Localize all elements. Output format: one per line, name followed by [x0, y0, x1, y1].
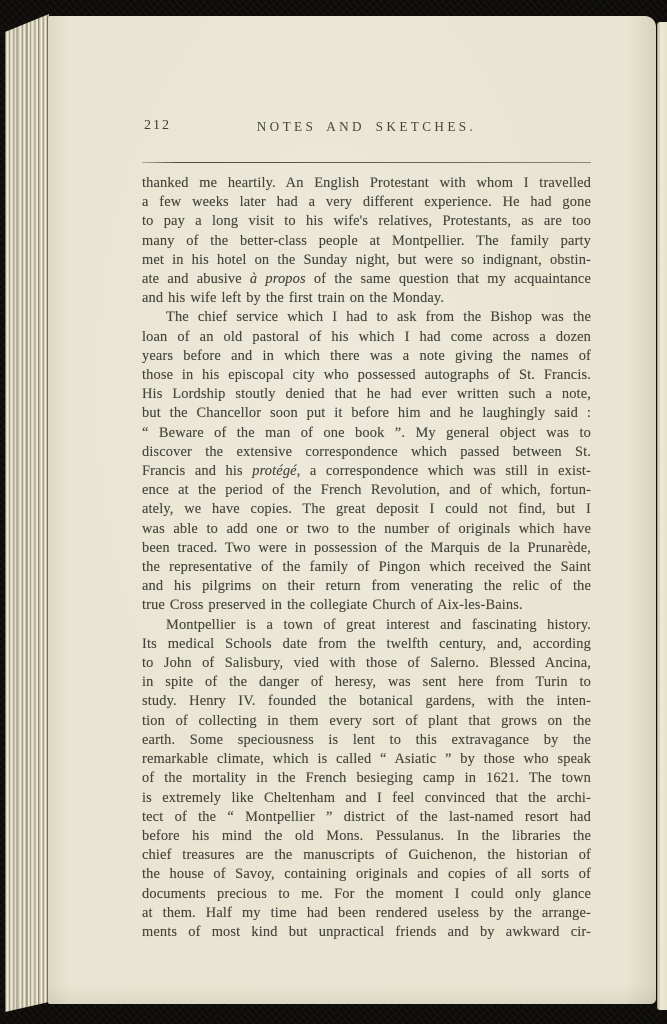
page-body: thanked me heartily. An English Protesta…	[142, 174, 591, 942]
text-line: ately, we have copies. The great deposit…	[142, 500, 591, 519]
text-line: in spite of the danger of heresy, was se…	[142, 673, 591, 692]
text-line: tect of the “ Montpellier ” district of …	[142, 808, 591, 827]
text-line: thanked me heartily. An English Protesta…	[142, 174, 591, 193]
text-line: but the Chancellor soon put it before hi…	[142, 404, 591, 423]
text-line: loan of an old pastoral of his which I h…	[142, 328, 591, 347]
text-line: documents precious to me. For the moment…	[142, 885, 591, 904]
text-line: true Cross preserved in the collegiate C…	[142, 596, 591, 615]
text-line: and his pilgrims on their return from ve…	[142, 577, 591, 596]
gutter-page-edge	[657, 22, 667, 1010]
text-line: those in his episcopal city who possesse…	[142, 366, 591, 385]
paragraph: Montpellier is a town of great interest …	[142, 616, 591, 942]
running-header-title: NOTES AND SKETCHES.	[142, 117, 591, 137]
text-line: earth. Some speciousness is lent to this…	[142, 731, 591, 750]
text-line: His Lordship stoutly denied that he had …	[142, 385, 591, 404]
text-line: discover the extensive correspondence wh…	[142, 443, 591, 462]
text-line: the representative of the family of Ping…	[142, 558, 591, 577]
text-line: the house of Savoy, containing originals…	[142, 865, 591, 884]
text-line: chief treasures are the manuscripts of G…	[142, 846, 591, 865]
text-line: met in his hotel on the Sunday night, bu…	[142, 251, 591, 270]
text-line: was able to add one or two to the number…	[142, 520, 591, 539]
text-line: ate and abusive à propos of the same que…	[142, 270, 591, 289]
paragraph: The chief service which I had to ask fro…	[142, 308, 591, 615]
text-line: Its medical Schools date from the twelft…	[142, 635, 591, 654]
paragraph: thanked me heartily. An English Protesta…	[142, 174, 591, 308]
running-header: 212 NOTES AND SKETCHES.	[142, 116, 591, 136]
text-line: “ Beware of the man of one book ”. My ge…	[142, 424, 591, 443]
text-line: at them. Half my time had been rendered …	[142, 904, 591, 923]
book-page: 212 NOTES AND SKETCHES. thanked me heart…	[48, 16, 656, 1004]
text-line: to pay a long visit to his wife's relati…	[142, 212, 591, 231]
text-line: been traced. Two were in possession of t…	[142, 539, 591, 558]
text-line: ments of most kind but unpractical frien…	[142, 923, 591, 942]
text-line: ence at the period of the French Revolut…	[142, 481, 591, 500]
scanned-book-photo: { "colors": { "paper": "#e9e5d2", "ink":…	[0, 0, 667, 1024]
text-line: Montpellier is a town of great interest …	[142, 616, 591, 635]
text-line: before his mind the old Mons. Pessulanus…	[142, 827, 591, 846]
text-line: of the mortality in the French besieging…	[142, 769, 591, 788]
text-line: study. Henry IV. founded the botanical g…	[142, 692, 591, 711]
text-line: a few weeks later had a very different e…	[142, 193, 591, 212]
text-line: Francis and his protégé, a correspondenc…	[142, 462, 591, 481]
text-line: to John of Salisbury, vied with those of…	[142, 654, 591, 673]
text-line: tion of collecting in them every sort of…	[142, 712, 591, 731]
page-content: 212 NOTES AND SKETCHES. thanked me heart…	[142, 116, 591, 942]
text-line: years before and in which there was a no…	[142, 347, 591, 366]
text-line: and his wife left by the first train on …	[142, 289, 591, 308]
header-rule	[142, 162, 591, 163]
text-line: The chief service which I had to ask fro…	[142, 308, 591, 327]
book-page-edge-stack	[5, 14, 49, 1012]
text-line: many of the better-class people at Montp…	[142, 232, 591, 251]
text-line: remarkable climate, which is called “ As…	[142, 750, 591, 769]
text-line: is extremely like Cheltenham and I feel …	[142, 789, 591, 808]
